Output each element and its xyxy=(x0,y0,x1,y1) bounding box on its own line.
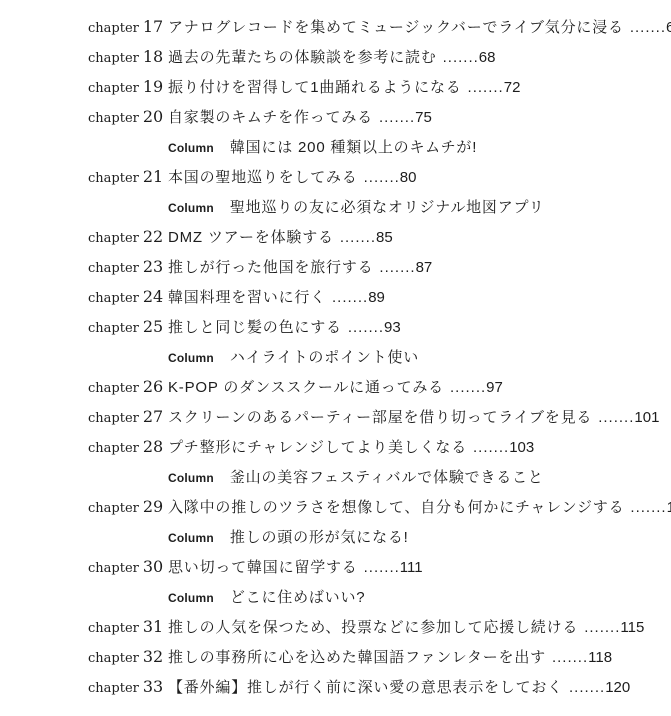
page-number: 93 xyxy=(384,319,401,336)
dot-leader: ....... xyxy=(569,679,605,696)
page-number: 120 xyxy=(605,679,630,696)
chapter-number: 26 xyxy=(143,377,163,396)
chapter-label: chapter21 xyxy=(88,167,168,187)
chapter-number: 31 xyxy=(143,617,163,636)
chapter-title: 自家製のキムチを作ってみる xyxy=(168,106,373,127)
dot-leader: ....... xyxy=(473,439,509,456)
toc-chapter-row: chapter19 振り付けを習得して1曲踊れるようになる ....... 72 xyxy=(88,76,671,106)
chapter-label: chapter17 xyxy=(88,17,168,37)
toc-column-row: Column 推しの頭の形が気になる! xyxy=(88,526,671,556)
chapter-word: chapter xyxy=(88,81,139,96)
toc-chapter-row: chapter17 アナログレコードを集めてミュージックバーでライブ気分に浸る … xyxy=(88,16,671,46)
chapter-word: chapter xyxy=(88,381,139,396)
page-number: 103 xyxy=(509,439,534,456)
chapter-label: chapter27 xyxy=(88,407,168,427)
toc-chapter-row: chapter24 韓国料理を習いに行く ....... 89 xyxy=(88,286,671,316)
column-title: 聖地巡りの友に必須なオリジナル地図アプリ xyxy=(230,196,545,217)
chapter-number: 33 xyxy=(143,677,163,696)
chapter-word: chapter xyxy=(88,651,139,666)
chapter-title: スクリーンのあるパーティー部屋を借り切ってライブを見る xyxy=(168,406,592,427)
toc-column-row: Column ハイライトのポイント使い xyxy=(88,346,671,376)
chapter-label: chapter25 xyxy=(88,317,168,337)
chapter-title: 過去の先輩たちの体験談を参考に読む xyxy=(168,46,437,67)
dot-leader: ....... xyxy=(450,379,486,396)
chapter-word: chapter xyxy=(88,561,139,576)
page-number: 97 xyxy=(486,379,503,396)
column-title: 韓国には 200 種類以上のキムチが! xyxy=(230,136,477,157)
chapter-label: chapter19 xyxy=(88,77,168,97)
chapter-label: chapter22 xyxy=(88,227,168,247)
dot-leader: ....... xyxy=(630,499,666,516)
column-label: Column xyxy=(168,351,214,365)
dot-leader: ....... xyxy=(379,259,415,276)
page-number: 68 xyxy=(479,49,496,66)
chapter-number: 25 xyxy=(143,317,163,336)
chapter-title: 【番外編】推しが行く前に深い愛の意思表示をしておく xyxy=(168,676,563,697)
toc-chapter-row: chapter22 DMZ ツアーを体験する ....... 85 xyxy=(88,226,671,256)
dot-leader: ....... xyxy=(443,49,479,66)
chapter-word: chapter xyxy=(88,21,139,36)
chapter-title: 推しの事務所に心を込めた韓国語ファンレターを出す xyxy=(168,646,546,667)
chapter-label: chapter26 xyxy=(88,377,168,397)
chapter-label: chapter18 xyxy=(88,47,168,67)
chapter-number: 17 xyxy=(143,17,163,36)
toc-chapter-row: chapter20 自家製のキムチを作ってみる ....... 75 xyxy=(88,106,671,136)
chapter-label: chapter30 xyxy=(88,557,168,577)
column-label: Column xyxy=(168,141,214,155)
column-label: Column xyxy=(168,201,214,215)
dot-leader: ....... xyxy=(598,409,634,426)
toc-chapter-row: chapter26 K-POP のダンススクールに通ってみる ....... 9… xyxy=(88,376,671,406)
page-number: 115 xyxy=(620,619,644,636)
chapter-number: 19 xyxy=(143,77,163,96)
dot-leader: ....... xyxy=(364,559,400,576)
page-number: 65 xyxy=(666,19,671,36)
chapter-title: 推しが行った他国を旅行する xyxy=(168,256,373,277)
page-number: 75 xyxy=(415,109,432,126)
page-number: 101 xyxy=(634,409,659,426)
chapter-title: 思い切って韓国に留学する xyxy=(168,556,358,577)
chapter-label: chapter33 xyxy=(88,677,168,697)
page-number: 85 xyxy=(376,229,393,246)
chapter-number: 23 xyxy=(143,257,163,276)
chapter-label: chapter31 xyxy=(88,617,168,637)
chapter-word: chapter xyxy=(88,441,139,456)
column-label: Column xyxy=(168,591,214,605)
chapter-word: chapter xyxy=(88,321,139,336)
toc-column-row: Column どこに住めばいい? xyxy=(88,586,671,616)
page-number: 118 xyxy=(588,649,612,666)
chapter-word: chapter xyxy=(88,681,139,696)
chapter-word: chapter xyxy=(88,261,139,276)
chapter-title: 振り付けを習得して1曲踊れるようになる xyxy=(168,76,462,97)
toc-column-row: Column 釜山の美容フェスティバルで体験できること xyxy=(88,466,671,496)
page-number: 111 xyxy=(400,559,423,576)
chapter-number: 32 xyxy=(143,647,163,666)
chapter-label: chapter23 xyxy=(88,257,168,277)
chapter-number: 20 xyxy=(143,107,163,126)
chapter-word: chapter xyxy=(88,51,139,66)
chapter-number: 28 xyxy=(143,437,163,456)
dot-leader: ....... xyxy=(584,619,620,636)
toc-chapter-row: chapter29 入隊中の推しのツラさを想像して、自分も何かにチャレンジする … xyxy=(88,496,671,526)
table-of-contents: chapter17 アナログレコードを集めてミュージックバーでライブ気分に浸る … xyxy=(0,16,671,706)
chapter-label: chapter20 xyxy=(88,107,168,127)
chapter-number: 30 xyxy=(143,557,163,576)
toc-chapter-row: chapter32 推しの事務所に心を込めた韓国語ファンレターを出す .....… xyxy=(88,646,671,676)
book-toc-page: chapter17 アナログレコードを集めてミュージックバーでライブ気分に浸る … xyxy=(0,0,671,716)
toc-chapter-row: chapter25 推しと同じ髪の色にする ....... 93 xyxy=(88,316,671,346)
toc-chapter-row: chapter31 推しの人気を保つため、投票などに参加して応援し続ける ...… xyxy=(88,616,671,646)
dot-leader: ....... xyxy=(468,79,504,96)
toc-chapter-row: chapter33 【番外編】推しが行く前に深い愛の意思表示をしておく ....… xyxy=(88,676,671,706)
dot-leader: ....... xyxy=(340,229,376,246)
chapter-word: chapter xyxy=(88,411,139,426)
chapter-word: chapter xyxy=(88,621,139,636)
dot-leader: ....... xyxy=(332,289,368,306)
chapter-number: 18 xyxy=(143,47,163,66)
page-number: 72 xyxy=(504,79,521,96)
chapter-number: 22 xyxy=(143,227,163,246)
toc-chapter-row: chapter30 思い切って韓国に留学する ....... 111 xyxy=(88,556,671,586)
dot-leader: ....... xyxy=(552,649,588,666)
chapter-title: プチ整形にチャレンジしてより美しくなる xyxy=(168,436,467,457)
toc-column-row: Column 聖地巡りの友に必須なオリジナル地図アプリ xyxy=(88,196,671,226)
column-title: ハイライトのポイント使い xyxy=(230,346,419,367)
chapter-title: アナログレコードを集めてミュージックバーでライブ気分に浸る xyxy=(168,16,624,37)
toc-chapter-row: chapter23 推しが行った他国を旅行する ....... 87 xyxy=(88,256,671,286)
toc-chapter-row: chapter27 スクリーンのあるパーティー部屋を借り切ってライブを見る ..… xyxy=(88,406,671,436)
toc-chapter-row: chapter18 過去の先輩たちの体験談を参考に読む ....... 68 xyxy=(88,46,671,76)
column-title: どこに住めばいい? xyxy=(230,586,366,607)
toc-chapter-row: chapter28 プチ整形にチャレンジしてより美しくなる ....... 10… xyxy=(88,436,671,466)
column-title: 推しの頭の形が気になる! xyxy=(230,526,409,547)
page-number: 87 xyxy=(416,259,433,276)
chapter-label: chapter28 xyxy=(88,437,168,457)
chapter-title: 推しと同じ髪の色にする xyxy=(168,316,342,337)
dot-leader: ....... xyxy=(364,169,400,186)
chapter-label: chapter32 xyxy=(88,647,168,667)
column-title: 釜山の美容フェスティバルで体験できること xyxy=(230,466,544,487)
chapter-number: 21 xyxy=(143,167,163,186)
dot-leader: ....... xyxy=(379,109,415,126)
chapter-word: chapter xyxy=(88,171,139,186)
chapter-title: K-POP のダンススクールに通ってみる xyxy=(168,376,444,397)
chapter-number: 29 xyxy=(143,497,163,516)
column-label: Column xyxy=(168,471,214,485)
toc-chapter-row: chapter21 本国の聖地巡りをしてみる ....... 80 xyxy=(88,166,671,196)
chapter-title: 本国の聖地巡りをしてみる xyxy=(168,166,358,187)
chapter-word: chapter xyxy=(88,231,139,246)
chapter-title: 入隊中の推しのツラさを想像して、自分も何かにチャレンジする xyxy=(168,496,624,517)
column-label: Column xyxy=(168,531,214,545)
chapter-word: chapter xyxy=(88,111,139,126)
chapter-title: DMZ ツアーを体験する xyxy=(168,226,334,247)
toc-column-row: Column 韓国には 200 種類以上のキムチが! xyxy=(88,136,671,166)
dot-leader: ....... xyxy=(348,319,384,336)
chapter-word: chapter xyxy=(88,291,139,306)
chapter-label: chapter24 xyxy=(88,287,168,307)
page-number: 107 xyxy=(667,499,671,516)
chapter-title: 推しの人気を保つため、投票などに参加して応援し続ける xyxy=(168,616,578,637)
chapter-label: chapter29 xyxy=(88,497,168,517)
page-number: 80 xyxy=(400,169,417,186)
chapter-title: 韓国料理を習いに行く xyxy=(168,286,326,307)
page-number: 89 xyxy=(368,289,385,306)
chapter-word: chapter xyxy=(88,501,139,516)
dot-leader: ....... xyxy=(630,19,666,36)
chapter-number: 27 xyxy=(143,407,163,426)
chapter-number: 24 xyxy=(143,287,163,306)
